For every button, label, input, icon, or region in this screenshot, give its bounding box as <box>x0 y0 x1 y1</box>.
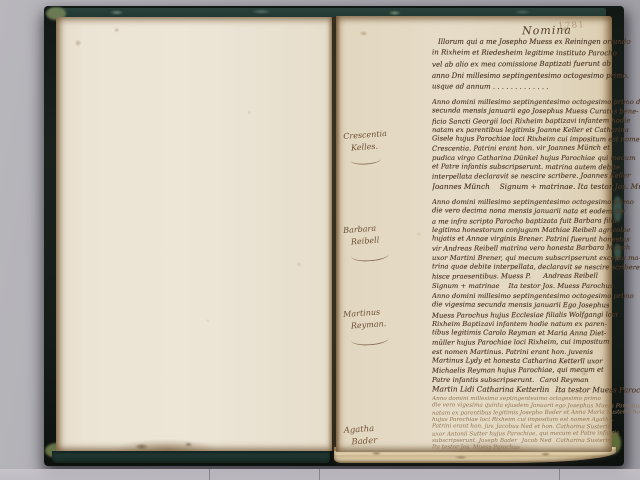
manuscript-line: die vigesima secunda mensis januarii Ego… <box>432 301 640 311</box>
book-gutter <box>328 17 340 451</box>
margin-note-barbara-reibell: Barbara Reibell <box>343 219 431 263</box>
book-cover-bottom-edge <box>52 451 330 463</box>
intro-paragraph: Illorum qui a me Josepho Muess ex Reinin… <box>432 37 640 94</box>
manuscript-line: anno Dni millesimo septingentesimo octog… <box>432 71 640 82</box>
margin-note-martinus-reyman: Martinus Reyman. <box>343 303 431 347</box>
manuscript-line: natam ex parentibus legitimis Josepho Ba… <box>432 409 640 417</box>
manuscript-line: müller hujus Parochiae loci Rixheim, cui… <box>432 338 640 349</box>
manuscript-line: vel ab alio ex mea comissione Baptizati … <box>432 59 640 72</box>
manuscript-line: Patre infantis subscripserunt. Carol Rey… <box>432 376 640 385</box>
manuscript-line: Muess Parochus hujus Ecclesiae filialis … <box>432 310 640 321</box>
manuscript-line: Martin Lidi Catharina Ketterlin Ita test… <box>432 384 640 394</box>
margin-note-agatha-bader: Agatha Bader <box>343 419 430 449</box>
entry-body-1: Anno domini millesimo septingentesimo oc… <box>432 198 640 292</box>
manuscript-line: Signum + matrinae Ita testor Jos. Muess … <box>432 282 640 291</box>
manuscript-line: uxor Antonii Sutter hujus Parochiae, qui… <box>432 430 640 438</box>
pen-flourish <box>351 154 382 165</box>
manuscript-line: interpellata declaravit se nescire scrib… <box>432 172 640 183</box>
manuscript-line: ficio Sancti Georgii loci Rixheim baptiz… <box>432 116 640 127</box>
pen-flourish <box>351 332 390 347</box>
manuscript-line: die vero decima nona mensis januarii nat… <box>432 207 640 217</box>
manuscript-line: Michaelis Reyman hujus Parochiae, qui me… <box>432 366 640 377</box>
manuscript-line: vir Andreas Reibell matrina vero honesta… <box>432 244 640 255</box>
manuscript-line: Ita testor Jos. Muess Parochus <box>432 444 640 452</box>
entry-body-3: Anno domini millesimo septingentesimo oc… <box>432 396 640 453</box>
manuscript-line: Illorum qui a me Josepho Muess ex Reinin… <box>432 37 640 48</box>
manuscript-line: secunda mensis januarii ego Josephus Mue… <box>432 107 640 117</box>
pen-flourish <box>351 248 390 263</box>
entry-body-2: Anno domini millesimo septingentesimo oc… <box>432 292 640 395</box>
manuscript-line: Crescentia. Patrini erant hon. vir Joann… <box>432 144 640 155</box>
scanner-bed-strip <box>0 469 640 480</box>
manuscript-line: Joannes Münch Signum + matrinae. Ita tes… <box>432 182 640 191</box>
scanned-register-image: 1781 Nomina Illorum qui a me Josepho Mue… <box>0 0 640 480</box>
left-page-blank <box>56 17 332 451</box>
right-page-manuscript: 1781 Nomina Illorum qui a me Josepho Mue… <box>336 16 612 452</box>
register-book: 1781 Nomina Illorum qui a me Josepho Mue… <box>44 6 624 466</box>
margin-note-crescentia-kelles: Crescentia Kelles. <box>343 125 431 166</box>
entry-body-0: Anno domini millesimo septingentesimo oc… <box>432 98 640 192</box>
manuscript-line: usque ad annum . . . . . . . . . . . . . <box>432 81 640 93</box>
manuscript-line: hisce praesentibus. Muess P. Andreas Rei… <box>432 272 640 283</box>
manuscript-line: a me infra scripto Parocho baptizata fui… <box>432 216 640 227</box>
